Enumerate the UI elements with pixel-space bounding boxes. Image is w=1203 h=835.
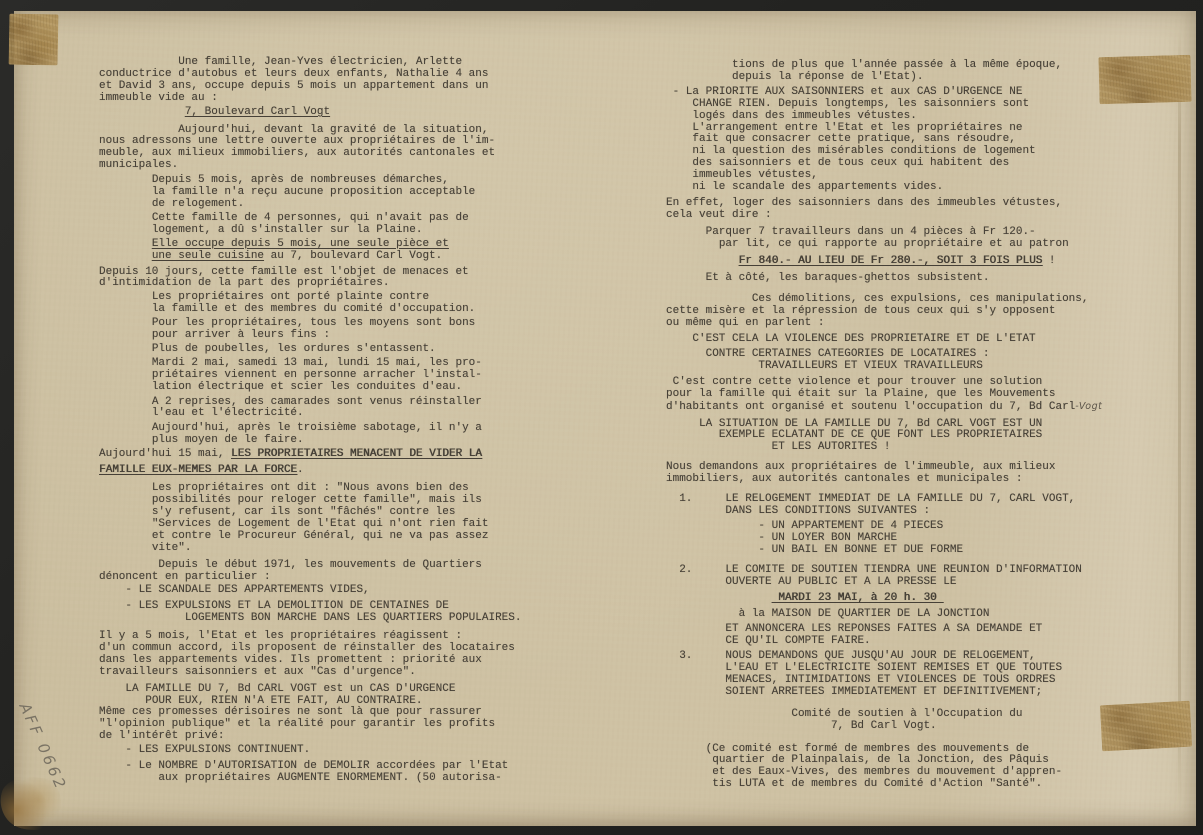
- paragraph: Nous demandons aux propriétaires de l'im…: [666, 462, 1156, 486]
- text-segment: Une famille, Jean-Yves électricien, Arle…: [99, 56, 488, 104]
- paragraph: Parquer 7 travailleurs dans un 4 pièces …: [666, 227, 1156, 251]
- paper-crease: [1178, 31, 1181, 806]
- paragraph: Depuis 5 mois, après de nombreuses démar…: [99, 175, 594, 211]
- paragraph: Cette famille de 4 personnes, qui n'avai…: [99, 213, 594, 237]
- paragraph: 2. LE COMITE DE SOUTIEN TIENDRA UNE REUN…: [666, 565, 1156, 589]
- paragraph: (Ce comité est formé de membres des mouv…: [666, 744, 1156, 792]
- text-segment: [666, 255, 739, 267]
- text-segment: 3. NOUS DEMANDONS QUE JUSQU'AU JOUR DE R…: [666, 650, 1062, 698]
- paragraph: C'EST CELA LA VIOLENCE DES PROPRIETAIRE …: [666, 334, 1156, 346]
- text-segment: (Ce comité est formé de membres des mouv…: [666, 743, 1062, 791]
- text-segment: au 7, boulevard Carl Vogt.: [264, 250, 442, 262]
- paragraph: MARDI 23 MAI, à 20 h. 30: [666, 593, 1156, 605]
- text-segment: Depuis le début 1971, les mouvements de …: [99, 559, 482, 583]
- text-segment: LA FAMILLE DU 7, Bd CARL VOGT est un CAS…: [99, 683, 455, 707]
- paragraph: Les propriétaires ont porté plainte cont…: [99, 292, 594, 316]
- text-segment: C'EST CELA LA VIOLENCE DES PROPRIETAIRE …: [666, 333, 1036, 345]
- text-segment: A 2 reprises, des camarades sont venus r…: [99, 396, 482, 420]
- text-segment: Cette famille de 4 personnes, qui n'avai…: [99, 212, 469, 236]
- text-segment: une seule cuisine: [152, 250, 264, 262]
- paragraph: Il y a 5 mois, l'Etat et les propriétair…: [99, 631, 594, 679]
- paragraph: Depuis 10 jours, cette famille est l'obj…: [99, 267, 594, 291]
- paragraph: Aujourd'hui, après le troisième sabotage…: [99, 423, 594, 447]
- text-segment: Depuis 5 mois, après de nombreuses démar…: [99, 174, 475, 210]
- right-page-text: tions de plus que l'année passée à la mê…: [666, 60, 1156, 791]
- text-segment: C'est contre cette violence et pour trou…: [666, 376, 1075, 413]
- paragraph: Aujourd'hui, devant la gravité de la sit…: [99, 125, 594, 173]
- text-segment: Même ces promesses dérisoires ne sont là…: [99, 706, 495, 742]
- text-segment: à la MAISON DE QUARTIER DE LA JONCTION: [666, 608, 989, 620]
- paragraph: - LES EXPULSIONS CONTINUENT.: [99, 745, 594, 757]
- paragraph: à la MAISON DE QUARTIER DE LA JONCTION: [666, 609, 1156, 621]
- text-segment: Nous demandons aux propriétaires de l'im…: [666, 461, 1055, 485]
- paragraph: 7, Boulevard Carl Vogt: [99, 107, 594, 119]
- paragraph: A 2 reprises, des camarades sont venus r…: [99, 397, 594, 421]
- text-segment: Ces démolitions, ces expulsions, ces man…: [666, 293, 1088, 329]
- paragraph: Et à côté, les baraques-ghettos subsiste…: [666, 273, 1156, 285]
- text-segment: En effet, loger des saisonniers dans des…: [666, 197, 1062, 221]
- text-segment: LES PROPRIETAIRES MENACENT DE VIDER LA: [231, 448, 482, 460]
- text-segment: CONTRE CERTAINES CATEGORIES DE LOCATAIRE…: [666, 348, 989, 372]
- paragraph: Fr 840.- AU LIEU DE Fr 280.-, SOIT 3 FOI…: [666, 256, 1156, 268]
- paragraph: - La PRIORITE AUX SAISONNIERS et aux CAS…: [666, 87, 1156, 194]
- text-segment: - LES EXPULSIONS CONTINUENT.: [99, 744, 310, 756]
- paragraph: Ces démolitions, ces expulsions, ces man…: [666, 294, 1156, 330]
- paragraph: 3. NOUS DEMANDONS QUE JUSQU'AU JOUR DE R…: [666, 651, 1156, 699]
- paragraph: - Le NOMBRE D'AUTORISATION de DEMOLIR ac…: [99, 761, 594, 785]
- paper-sheet: Une famille, Jean-Yves électricien, Arle…: [14, 11, 1196, 826]
- text-segment: LA SITUATION DE LA FAMILLE DU 7, Bd CARL…: [666, 418, 1042, 454]
- text-segment: Elle occupe depuis 5 mois, une seule piè…: [152, 238, 449, 250]
- document-scan: Une famille, Jean-Yves électricien, Arle…: [0, 0, 1203, 835]
- text-segment: tions de plus que l'année passée à la mê…: [666, 59, 1062, 83]
- paragraph: ET ANNONCERA LES REPONSES FAITES A SA DE…: [666, 624, 1156, 648]
- text-segment: Les propriétaires ont porté plainte cont…: [99, 291, 475, 315]
- paragraph: Pour les propriétaires, tous les moyens …: [99, 318, 594, 342]
- text-segment: - LE SCANDALE DES APPARTEMENTS VIDES,: [99, 584, 370, 596]
- text-segment: [666, 592, 772, 604]
- paragraph: Les propriétaires ont dit : "Nous avons …: [99, 483, 594, 554]
- text-segment: [99, 106, 185, 118]
- paragraph: - LE SCANDALE DES APPARTEMENTS VIDES,: [99, 585, 594, 597]
- paragraph: - LES EXPULSIONS ET LA DEMOLITION DE CEN…: [99, 601, 594, 625]
- text-segment: MARDI 23 MAI, à 20 h. 30: [772, 592, 944, 604]
- paragraph: Comité de soutien à l'Occupation du 7, B…: [666, 709, 1156, 733]
- text-segment: - LES EXPULSIONS ET LA DEMOLITION DE CEN…: [99, 600, 521, 624]
- paragraph: tions de plus que l'année passée à la mê…: [666, 60, 1156, 84]
- text-segment: Mardi 2 mai, samedi 13 mai, lundi 15 mai…: [99, 357, 482, 393]
- paragraph: Elle occupe depuis 5 mois, une seule piè…: [99, 239, 594, 263]
- text-segment: [99, 250, 152, 262]
- text-segment: Depuis 10 jours, cette famille est l'obj…: [99, 266, 469, 290]
- text-segment: [99, 238, 152, 250]
- text-segment: - UN APPARTEMENT DE 4 PIECES - UN LOYER …: [666, 520, 963, 556]
- paragraph: 1. LE RELOGEMENT IMMEDIAT DE LA FAMILLE …: [666, 494, 1156, 518]
- text-segment: Aujourd'hui 15 mai,: [99, 448, 231, 460]
- paragraph: - UN APPARTEMENT DE 4 PIECES - UN LOYER …: [666, 521, 1156, 557]
- text-segment: .: [297, 464, 304, 476]
- paragraph: Une famille, Jean-Yves électricien, Arle…: [99, 57, 594, 105]
- paragraph: CONTRE CERTAINES CATEGORIES DE LOCATAIRE…: [666, 349, 1156, 373]
- text-segment: 2. LE COMITE DE SOUTIEN TIENDRA UNE REUN…: [666, 564, 1082, 588]
- text-segment: !: [1042, 255, 1055, 267]
- text-segment: - Le NOMBRE D'AUTORISATION de DEMOLIR ac…: [99, 760, 508, 784]
- paragraph: Plus de poubelles, les ordures s'entasse…: [99, 344, 594, 356]
- paragraph: En effet, loger des saisonniers dans des…: [666, 198, 1156, 222]
- text-segment: 7, Boulevard Carl Vogt: [185, 106, 330, 118]
- text-segment: Les propriétaires ont dit : "Nous avons …: [99, 482, 488, 554]
- paragraph: C'est contre cette violence et pour trou…: [666, 377, 1156, 414]
- text-segment: Aujourd'hui, après le troisième sabotage…: [99, 422, 482, 446]
- paragraph: Aujourd'hui 15 mai, LES PROPRIETAIRES ME…: [99, 449, 594, 461]
- paragraph: Mardi 2 mai, samedi 13 mai, lundi 15 mai…: [99, 358, 594, 394]
- paragraph: LA FAMILLE DU 7, Bd CARL VOGT est un CAS…: [99, 684, 594, 708]
- text-segment: Plus de poubelles, les ordures s'entasse…: [99, 343, 436, 355]
- paragraph: Depuis le début 1971, les mouvements de …: [99, 560, 594, 584]
- text-segment: Comité de soutien à l'Occupation du 7, B…: [666, 708, 1022, 732]
- text-segment: Il y a 5 mois, l'Etat et les propriétair…: [99, 630, 515, 678]
- left-page-text: Une famille, Jean-Yves électricien, Arle…: [99, 57, 594, 785]
- text-segment: FAMILLE EUX-MEMES PAR LA FORCE: [99, 464, 297, 476]
- handwritten-text: -Vogt: [1075, 401, 1102, 412]
- text-segment: Aujourd'hui, devant la gravité de la sit…: [99, 124, 495, 172]
- text-segment: - La PRIORITE AUX SAISONNIERS et aux CAS…: [666, 86, 1036, 193]
- text-segment: Fr 840.- AU LIEU DE Fr 280.-, SOIT 3 FOI…: [739, 255, 1043, 267]
- paragraph: LA SITUATION DE LA FAMILLE DU 7, Bd CARL…: [666, 419, 1156, 455]
- paragraph: FAMILLE EUX-MEMES PAR LA FORCE.: [99, 465, 594, 477]
- text-segment: Parquer 7 travailleurs dans un 4 pièces …: [666, 226, 1069, 250]
- text-segment: Et à côté, les baraques-ghettos subsiste…: [666, 272, 989, 284]
- text-segment: Pour les propriétaires, tous les moyens …: [99, 317, 475, 341]
- text-segment: ET ANNONCERA LES REPONSES FAITES A SA DE…: [666, 623, 1042, 647]
- text-segment: 1. LE RELOGEMENT IMMEDIAT DE LA FAMILLE …: [666, 493, 1075, 517]
- paragraph: Même ces promesses dérisoires ne sont là…: [99, 707, 594, 743]
